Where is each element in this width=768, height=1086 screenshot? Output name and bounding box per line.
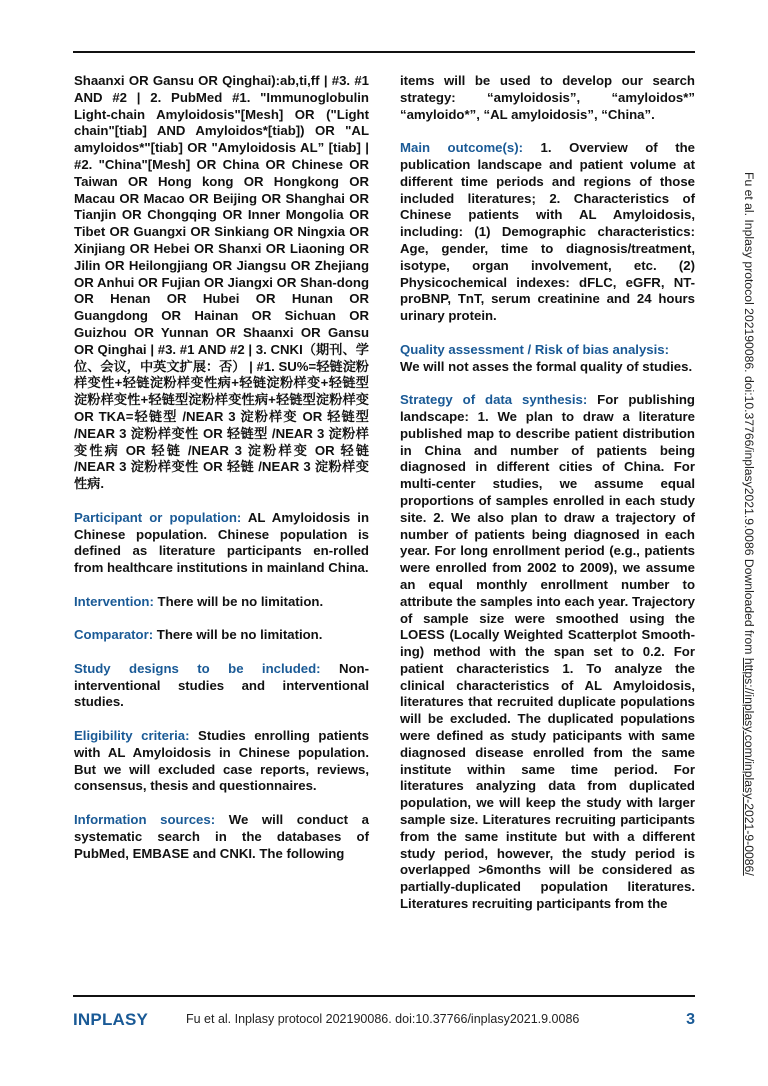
section-text: 1. Overview of the publication landscape… bbox=[400, 140, 695, 323]
section-participants: Participant or population: AL Amyloidosi… bbox=[74, 510, 369, 577]
section-information-sources: Information sources: We will conduct a s… bbox=[74, 812, 369, 862]
page-number: 3 bbox=[686, 1011, 695, 1029]
footer-citation: Fu et al. Inplasy protocol 202190086. do… bbox=[186, 1012, 579, 1026]
header-rule bbox=[73, 51, 695, 53]
side-watermark: Fu et al. Inplasy protocol 202190086. do… bbox=[736, 172, 756, 932]
section-label: Participant or population: bbox=[74, 510, 241, 525]
right-column: items will be used to develop our search… bbox=[400, 73, 695, 930]
search-strategy-text: Shaanxi OR Gansu OR Qinghai):ab,ti,ff | … bbox=[74, 73, 369, 493]
section-label: Eligibility criteria: bbox=[74, 728, 190, 743]
section-label: Strategy of data synthesis: bbox=[400, 392, 587, 407]
download-link[interactable]: https://inplasy.com/inplasy-2021-9-0086/ bbox=[742, 658, 756, 876]
section-comparator: Comparator: There will be no limitation. bbox=[74, 627, 369, 644]
section-text: We will not asses the formal quality of … bbox=[400, 359, 692, 374]
section-label: Comparator: bbox=[74, 627, 153, 642]
search-items-text: items will be used to develop our search… bbox=[400, 73, 695, 123]
section-text: There will be no limitation. bbox=[153, 627, 322, 642]
side-citation-text: Fu et al. Inplasy protocol 202190086. do… bbox=[742, 172, 756, 658]
section-intervention: Intervention: There will be no limitatio… bbox=[74, 594, 369, 611]
section-data-synthesis: Strategy of data synthesis: For publishi… bbox=[400, 392, 695, 913]
left-column: Shaanxi OR Gansu OR Qinghai):ab,ti,ff | … bbox=[74, 73, 369, 879]
section-text: There will be no limitation. bbox=[154, 594, 323, 609]
page-footer: INPLASY Fu et al. Inplasy protocol 20219… bbox=[73, 1010, 695, 1034]
section-label: Study designs to be included: bbox=[74, 661, 321, 676]
section-label: Main outcome(s): bbox=[400, 140, 523, 155]
section-study-designs: Study designs to be included: Non-interv… bbox=[74, 661, 369, 711]
section-eligibility: Eligibility criteria: Studies enrolling … bbox=[74, 728, 369, 795]
section-main-outcomes: Main outcome(s): 1. Overview of the publ… bbox=[400, 140, 695, 325]
section-label: Intervention: bbox=[74, 594, 154, 609]
brand-logo: INPLASY bbox=[73, 1010, 148, 1030]
footer-rule bbox=[73, 995, 695, 997]
section-label: Quality assessment / Risk of bias analys… bbox=[400, 342, 669, 357]
section-label: Information sources: bbox=[74, 812, 215, 827]
section-text: For publishing landscape: 1. We plan to … bbox=[400, 392, 695, 911]
section-quality-assessment: Quality assessment / Risk of bias analys… bbox=[400, 342, 695, 376]
